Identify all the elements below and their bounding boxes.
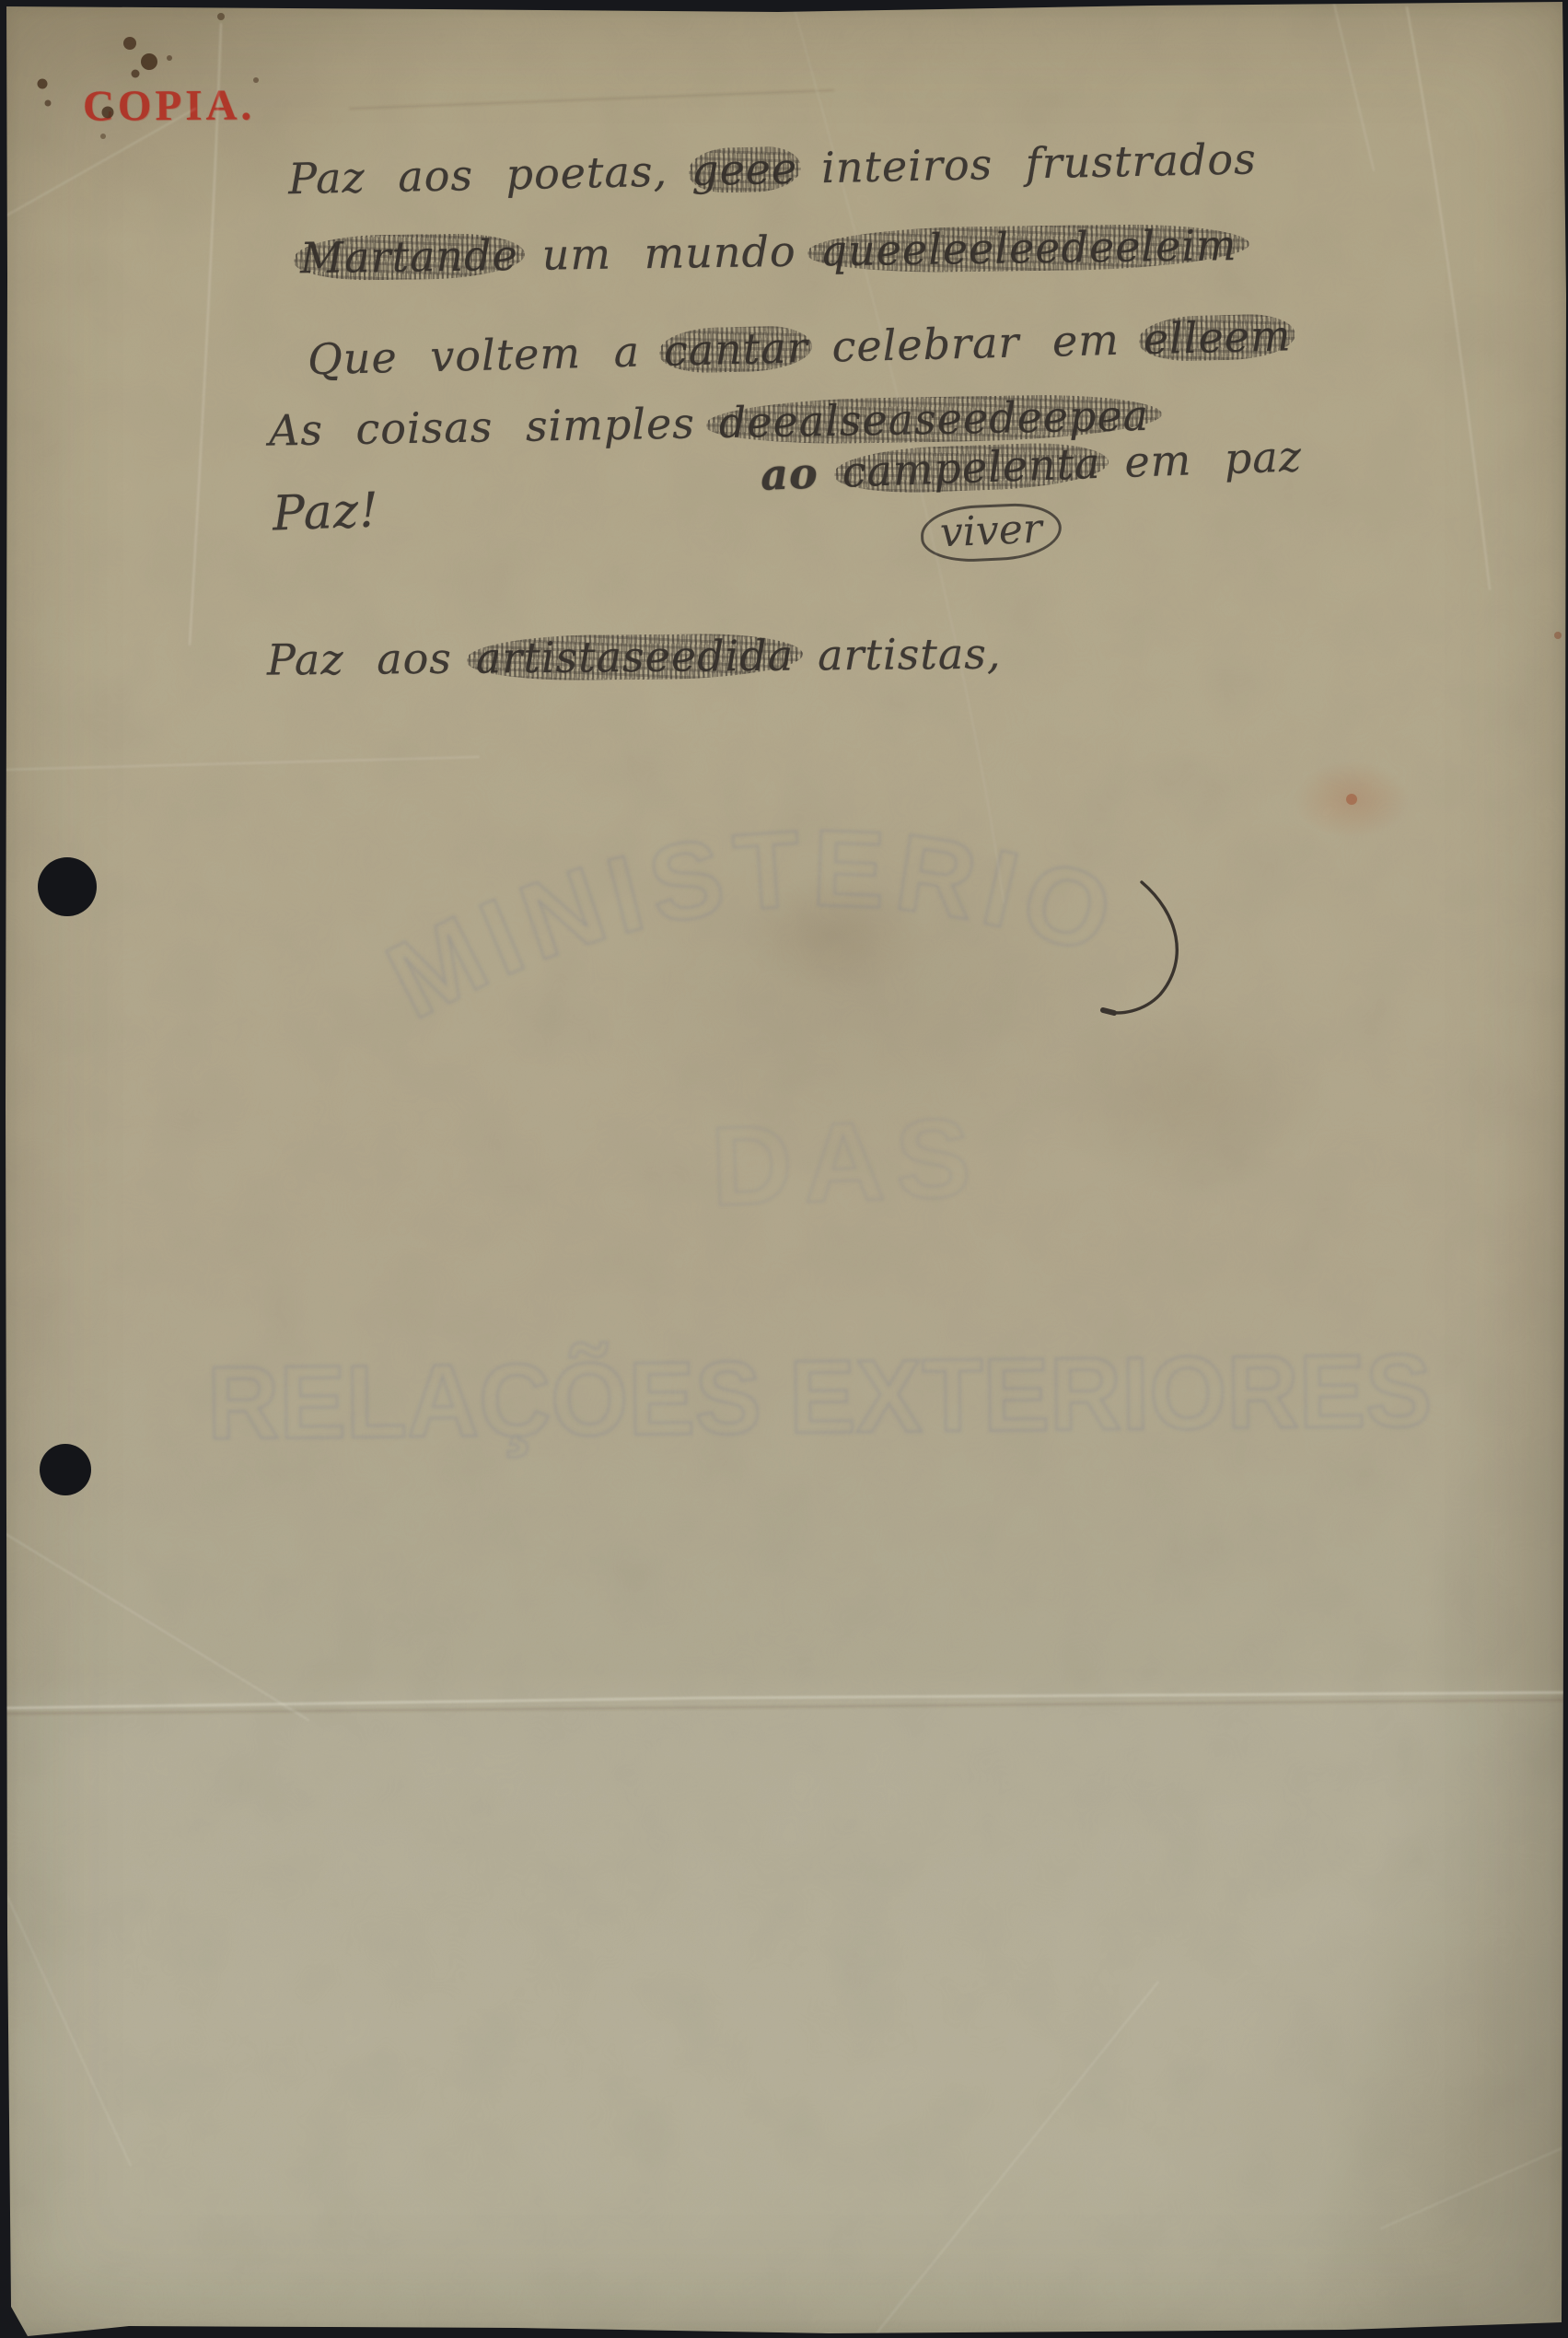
watermark-das-text: DAS [709, 1095, 983, 1229]
handwritten-word: Paz! [272, 483, 380, 541]
manuscript-line: Paz aos poetas,geeeinteiros frustrados [288, 134, 1282, 204]
manuscript-line: Que voltem acantarcelebrar emelleem [308, 310, 1317, 385]
struck-out-word: artistaseedida [476, 631, 795, 683]
stray-pen-stroke-end [1103, 1010, 1114, 1013]
stray-pen-stroke [1103, 882, 1177, 1013]
watermark-arc-text: MINISTERIO [369, 808, 1133, 1042]
manuscript-line: Martandeum mundoqueeleeleedeeleim [300, 220, 1261, 284]
boxed-insertion-viver: viver [920, 502, 1063, 564]
watermark-relacoes-text: RELAÇÕES EXTERIORES [207, 1333, 1433, 1461]
manuscript-line: Paz! [272, 483, 404, 542]
handwritten-word: inteiros frustrados [821, 134, 1258, 192]
struck-out-word: geee [691, 144, 797, 195]
hole-punch-bottom [40, 1444, 91, 1495]
handwritten-word: Paz aos [267, 634, 452, 685]
handwritten-word: Paz aos poetas, [288, 146, 668, 204]
handwritten-word: artistas, [818, 629, 1002, 680]
paper-sheet: MINISTERIO DAS RELAÇÕES EXTERIORES COPIA… [0, 0, 1568, 2338]
handwritten-word: um mundo [541, 227, 796, 280]
hole-punches [38, 857, 97, 1495]
struck-out-word: elleem [1143, 310, 1292, 364]
struck-out-word: Martande [300, 230, 518, 283]
hole-punch-top [38, 857, 97, 916]
scanned-document: MINISTERIO DAS RELAÇÕES EXTERIORES COPIA… [0, 0, 1568, 2338]
handwritten-word: As coisas simples [269, 398, 696, 455]
handwritten-word: em paz [1123, 431, 1302, 487]
handwritten-word: ao [760, 448, 819, 500]
handwritten-word: celebrar em [831, 315, 1120, 372]
struck-out-word: cantar [663, 322, 808, 376]
manuscript-line: Paz aosartistaseedidaartistas, [267, 628, 1026, 684]
handwritten-word: Que voltem a [308, 327, 641, 385]
struck-out-word: queeleeleedeeleim [819, 220, 1237, 275]
struck-out-word: campelenta [842, 438, 1102, 497]
copia-stamp: COPIA. [83, 80, 256, 131]
